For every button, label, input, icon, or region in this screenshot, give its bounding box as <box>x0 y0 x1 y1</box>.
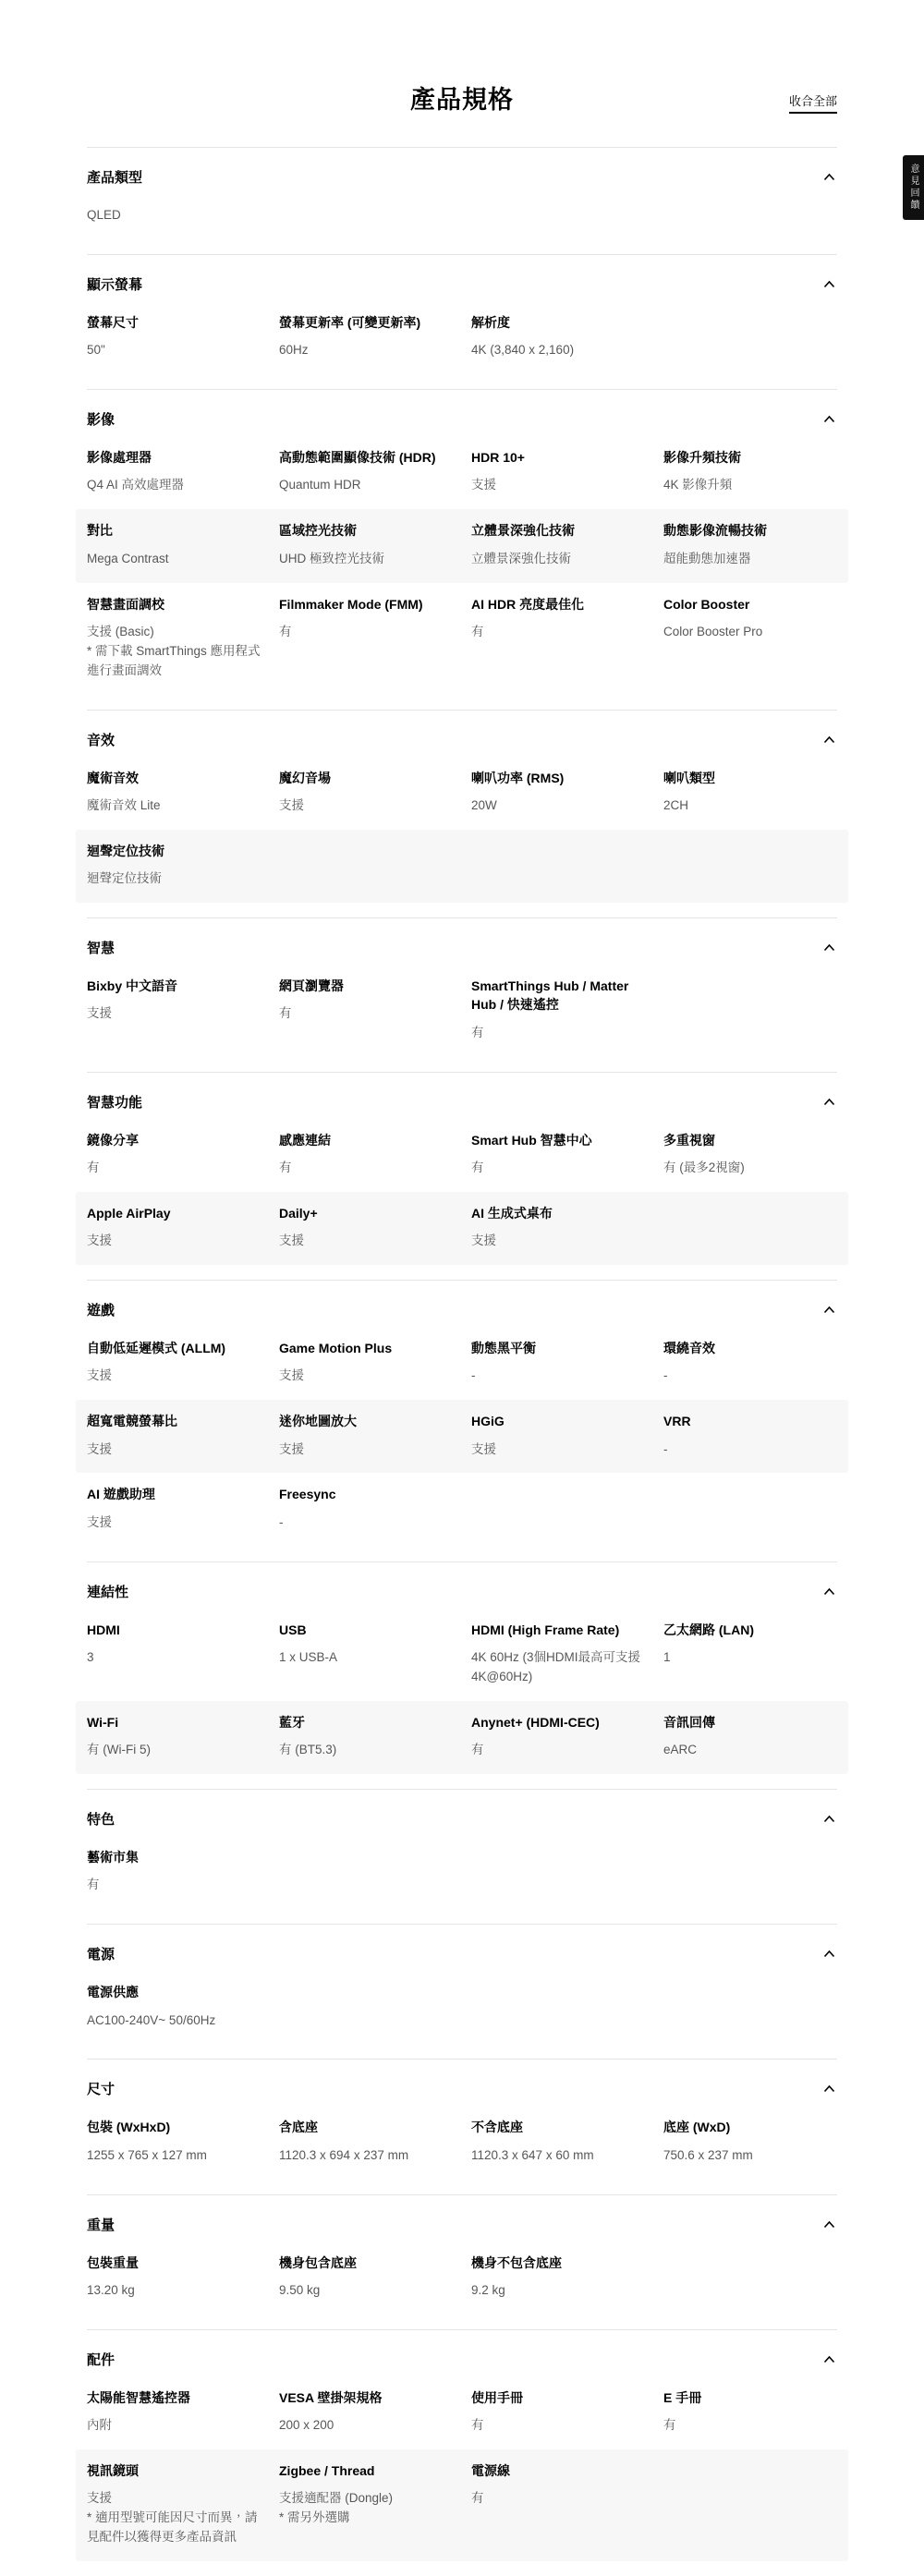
spec-value-line: 有 <box>471 2489 645 2509</box>
section-header[interactable]: 連結性 <box>87 1562 837 1609</box>
section-title: 特色 <box>87 1809 115 1829</box>
spec-value: 支援 <box>87 1440 261 1460</box>
spec-label: 迷你地圖放大 <box>279 1412 453 1430</box>
spec-value-line: 支援 <box>87 1440 261 1460</box>
chevron-up-icon[interactable] <box>821 411 837 427</box>
spec-value-line: - <box>279 1513 453 1533</box>
spec-cell: 不含底座1120.3 x 647 x 60 mm <box>471 2118 645 2165</box>
spec-value: 4K 影像升頻 <box>663 476 837 495</box>
spec-label: 音訊回傳 <box>663 1713 837 1732</box>
spec-value: 1120.3 x 694 x 237 mm <box>279 2146 453 2166</box>
section-title: 智慧 <box>87 938 115 957</box>
spec-row: 智慧畫面調校支援 (Basic)* 需下載 SmartThings 應用程式進行… <box>76 583 848 695</box>
spec-label: 自動低延遲模式 (ALLM) <box>87 1339 261 1357</box>
spec-row: 迴聲定位技術迴聲定位技術 <box>76 830 848 903</box>
spec-cell: HDMI3 <box>87 1621 261 1687</box>
section-rows: 電源供應AC100-240V~ 50/60Hz <box>87 1971 837 2044</box>
spec-value: 有 <box>87 1876 261 1895</box>
spec-value: 9.50 kg <box>279 2281 453 2301</box>
spec-section-2: 影像影像處理器Q4 AI 高效處理器高動態範圍顯像技術 (HDR)Quantum… <box>87 389 837 710</box>
spec-label: 魔幻音場 <box>279 769 453 787</box>
spec-value-line: 內附 <box>87 2416 261 2436</box>
spec-value-line: 4K (3,840 x 2,160) <box>471 341 645 360</box>
spec-label: 超寬電競螢幕比 <box>87 1412 261 1430</box>
chevron-up-icon[interactable] <box>821 1811 837 1827</box>
spec-cell: Color BoosterColor Booster Pro <box>663 595 837 681</box>
spec-value: 60Hz <box>279 341 453 360</box>
spec-row: Apple AirPlay支援Daily+支援AI 生成式桌布支援 <box>76 1192 848 1265</box>
spec-cell: Freesync- <box>279 1485 453 1532</box>
spec-value-line: eARC <box>663 1741 837 1760</box>
spec-label: 動態黑平衡 <box>471 1339 645 1357</box>
spec-value: 魔術音效 Lite <box>87 796 261 816</box>
spec-value-line: 立體景深強化技術 <box>471 550 645 569</box>
spec-value-line: 9.2 kg <box>471 2281 645 2301</box>
spec-cell: AI HDR 亮度最佳化有 <box>471 595 645 681</box>
spec-value: 有 (最多2視窗) <box>663 1159 837 1178</box>
spec-cell: 底座 (WxD)750.6 x 237 mm <box>663 2118 837 2165</box>
spec-label: Apple AirPlay <box>87 1204 261 1222</box>
section-header[interactable]: 顯示螢幕 <box>87 255 837 301</box>
spec-section-8: 特色藝術市集有 <box>87 1789 837 1924</box>
spec-row: 包裝 (WxHxD)1255 x 765 x 127 mm含底座1120.3 x… <box>76 2106 848 2179</box>
spec-value: 4K (3,840 x 2,160) <box>471 341 645 360</box>
spec-label: 喇叭功率 (RMS) <box>471 769 645 787</box>
spec-value-line: 支援 (Basic) <box>87 623 261 642</box>
spec-value-line: 1 <box>663 1648 837 1668</box>
spec-value: UHD 極致控光技術 <box>279 550 453 569</box>
spec-value: 支援 <box>471 476 645 495</box>
spec-value: 支援 (Basic)* 需下載 SmartThings 應用程式進行畫面調效 <box>87 623 261 681</box>
spec-label: HGiG <box>471 1412 645 1430</box>
section-header[interactable]: 遊戲 <box>87 1281 837 1327</box>
spec-value-line: 支援 <box>87 1004 261 1024</box>
spec-value: 9.2 kg <box>471 2281 645 2301</box>
spec-cell: 魔術音效魔術音效 Lite <box>87 769 261 816</box>
spec-value: - <box>279 1513 453 1533</box>
spec-value-line: AC100-240V~ 50/60Hz <box>87 2011 261 2031</box>
spec-section-1: 顯示螢幕螢幕尺寸50"螢幕更新率 (可變更新率)60Hz解析度4K (3,840… <box>87 254 837 389</box>
spec-row: 影像處理器Q4 AI 高效處理器高動態範圍顯像技術 (HDR)Quantum H… <box>76 436 848 509</box>
spec-value-line: - <box>663 1440 837 1460</box>
spec-value-line: 支援 <box>279 1232 453 1251</box>
spec-value-line: 支援 <box>87 1513 261 1533</box>
spec-cell: 螢幕尺寸50" <box>87 313 261 360</box>
spec-value: 有 <box>279 623 453 642</box>
spec-value-line: 魔術音效 Lite <box>87 796 261 816</box>
spec-row: 藝術市集有 <box>76 1836 848 1909</box>
spec-value-line: 4K 60Hz (3個HDMI最高可支援4K@60Hz) <box>471 1648 645 1687</box>
spec-value: 支援 <box>87 1232 261 1251</box>
spec-label: VESA 壁掛架規格 <box>279 2388 453 2407</box>
spec-value-line: 有 <box>279 623 453 642</box>
spec-value: 支援 <box>279 796 453 816</box>
spec-cell: 網頁瀏覽器有 <box>279 977 453 1043</box>
spec-value: 支援 <box>471 1440 645 1460</box>
spec-cell: 高動態範圍顯像技術 (HDR)Quantum HDR <box>279 448 453 495</box>
spec-value-line: * 需下載 SmartThings 應用程式進行畫面調效 <box>87 642 261 681</box>
section-header[interactable]: 智慧功能 <box>87 1073 837 1119</box>
chevron-up-icon[interactable] <box>821 732 837 747</box>
spec-label: 電源線 <box>471 2461 645 2480</box>
spec-cell: 電源線有 <box>471 2461 645 2547</box>
spec-value: QLED <box>87 206 261 225</box>
spec-label: 使用手冊 <box>471 2388 645 2407</box>
spec-section-7: 連結性HDMI3USB1 x USB-AHDMI (High Frame Rat… <box>87 1561 837 1789</box>
spec-value-line: 3 <box>87 1648 261 1668</box>
page-title: 產品規格 <box>87 79 837 115</box>
section-title: 音效 <box>87 730 115 749</box>
spec-cell: USB1 x USB-A <box>279 1621 453 1687</box>
spec-value-line: 200 x 200 <box>279 2416 453 2436</box>
spec-value-line: 有 <box>663 2416 837 2436</box>
spec-cell: 機身不包含底座9.2 kg <box>471 2254 645 2301</box>
section-header[interactable]: 影像 <box>87 390 837 436</box>
chevron-up-icon[interactable] <box>821 1946 837 1962</box>
section-title: 尺寸 <box>87 2079 115 2098</box>
spec-value: - <box>663 1440 837 1460</box>
spec-value: 20W <box>471 796 645 816</box>
spec-value: 有 <box>279 1004 453 1024</box>
spec-value: 1255 x 765 x 127 mm <box>87 2146 261 2166</box>
spec-cell: 藍牙有 (BT5.3) <box>279 1713 453 1760</box>
spec-section-9: 電源電源供應AC100-240V~ 50/60Hz <box>87 1924 837 2059</box>
spec-cell: HDR 10+支援 <box>471 448 645 495</box>
spec-label: 智慧畫面調校 <box>87 595 261 614</box>
spec-value-line: 有 <box>87 1159 261 1178</box>
section-rows: 包裝 (WxHxD)1255 x 765 x 127 mm含底座1120.3 x… <box>87 2106 837 2179</box>
spec-value: 支援 <box>87 1004 261 1024</box>
spec-value: 支援 <box>87 1513 261 1533</box>
spec-value: 1120.3 x 647 x 60 mm <box>471 2146 645 2166</box>
spec-row: 鏡像分享有感應連結有Smart Hub 智慧中心有多重視窗有 (最多2視窗) <box>76 1119 848 1192</box>
spec-value: 有 <box>471 623 645 642</box>
spec-value: Mega Contrast <box>87 550 261 569</box>
spec-label: E 手冊 <box>663 2388 837 2407</box>
spec-row: 電源供應AC100-240V~ 50/60Hz <box>76 1971 848 2044</box>
spec-value-line: 有 <box>471 1741 645 1760</box>
section-title: 遊戲 <box>87 1300 115 1319</box>
spec-cell: HDMI (High Frame Rate)4K 60Hz (3個HDMI最高可… <box>471 1621 645 1687</box>
spec-section-10: 尺寸包裝 (WxHxD)1255 x 765 x 127 mm含底座1120.3… <box>87 2059 837 2193</box>
spec-label: 藝術市集 <box>87 1848 261 1866</box>
feedback-tab[interactable]: 意見回饋 <box>903 155 924 220</box>
section-header[interactable]: 特色 <box>87 1790 837 1836</box>
spec-value: - <box>471 1367 645 1386</box>
spec-value: 有 <box>471 2416 645 2436</box>
spec-cell: 立體景深強化技術立體景深強化技術 <box>471 521 645 568</box>
spec-value-line: 有 (BT5.3) <box>279 1741 453 1760</box>
spec-label: Zigbee / Thread <box>279 2461 453 2480</box>
spec-cell: AI 生成式桌布支援 <box>471 1204 645 1251</box>
spec-value-line: 支援 <box>87 1232 261 1251</box>
chevron-up-icon[interactable] <box>821 169 837 185</box>
spec-cell: Filmmaker Mode (FMM)有 <box>279 595 453 681</box>
spec-label: 包裝 (WxHxD) <box>87 2118 261 2136</box>
spec-value: 有 <box>471 1024 645 1043</box>
section-title: 重量 <box>87 2215 115 2234</box>
spec-label: SmartThings Hub / Matter Hub / 快速遙控 <box>471 977 645 1015</box>
spec-cell: 喇叭功率 (RMS)20W <box>471 769 645 816</box>
spec-label: 不含底座 <box>471 2118 645 2136</box>
spec-value-line: 有 (Wi-Fi 5) <box>87 1741 261 1760</box>
spec-label: 高動態範圍顯像技術 (HDR) <box>279 448 453 467</box>
spec-value-line: 支援適配器 (Dongle) <box>279 2489 453 2509</box>
spec-section-11: 重量包裝重量13.20 kg機身包含底座9.50 kg機身不包含底座9.2 kg <box>87 2194 837 2329</box>
spec-label: Smart Hub 智慧中心 <box>471 1131 645 1149</box>
spec-cell: 多重視窗有 (最多2視窗) <box>663 1131 837 1178</box>
spec-label: 區域控光技術 <box>279 521 453 540</box>
section-rows: Bixby 中文語音支援網頁瀏覽器有SmartThings Hub / Matt… <box>87 965 837 1057</box>
spec-row: Bixby 中文語音支援網頁瀏覽器有SmartThings Hub / Matt… <box>76 965 848 1057</box>
spec-value-line: 有 <box>279 1004 453 1024</box>
section-header[interactable]: 重量 <box>87 2195 837 2242</box>
spec-cell: 使用手冊有 <box>471 2388 645 2436</box>
spec-label: 機身不包含底座 <box>471 2254 645 2272</box>
spec-label: 解析度 <box>471 313 645 332</box>
spec-value-line: 支援 <box>279 1367 453 1386</box>
spec-value-line: 迴聲定位技術 <box>87 869 261 889</box>
spec-value: 4K 60Hz (3個HDMI最高可支援4K@60Hz) <box>471 1648 645 1687</box>
spec-cell: 乙太網路 (LAN)1 <box>663 1621 837 1687</box>
section-rows: 包裝重量13.20 kg機身包含底座9.50 kg機身不包含底座9.2 kg <box>87 2242 837 2315</box>
spec-value-line: Q4 AI 高效處理器 <box>87 476 261 495</box>
spec-cell: 喇叭類型2CH <box>663 769 837 816</box>
spec-cell: Bixby 中文語音支援 <box>87 977 261 1043</box>
spec-value-line: 支援 <box>471 476 645 495</box>
spec-label: 動態影像流暢技術 <box>663 521 837 540</box>
spec-section-5: 智慧功能鏡像分享有感應連結有Smart Hub 智慧中心有多重視窗有 (最多2視… <box>87 1072 837 1280</box>
spec-value: 750.6 x 237 mm <box>663 2146 837 2166</box>
spec-cell: 含底座1120.3 x 694 x 237 mm <box>279 2118 453 2165</box>
spec-value-line: 超能動態加速器 <box>663 550 837 569</box>
spec-value-line: 4K 影像升頻 <box>663 476 837 495</box>
section-title: 影像 <box>87 409 115 429</box>
spec-value-line: 20W <box>471 796 645 816</box>
spec-value: - <box>663 1367 837 1386</box>
section-rows: HDMI3USB1 x USB-AHDMI (High Frame Rate)4… <box>87 1609 837 1774</box>
spec-cell: Daily+支援 <box>279 1204 453 1251</box>
spec-value-line: 1 x USB-A <box>279 1648 453 1668</box>
spec-label: HDR 10+ <box>471 448 645 467</box>
spec-label: HDMI <box>87 1621 261 1639</box>
spec-label: Wi-Fi <box>87 1713 261 1732</box>
spec-label: 感應連結 <box>279 1131 453 1149</box>
spec-value-line: 有 <box>87 1876 261 1895</box>
section-header[interactable]: 智慧 <box>87 918 837 965</box>
spec-cell: 動態黑平衡- <box>471 1339 645 1386</box>
spec-value-line: 有 <box>471 1024 645 1043</box>
spec-value-line: 9.50 kg <box>279 2281 453 2301</box>
spec-label: 太陽能智慧遙控器 <box>87 2388 261 2407</box>
spec-label: AI HDR 亮度最佳化 <box>471 595 645 614</box>
spec-label: Color Booster <box>663 595 837 614</box>
spec-value: 50" <box>87 341 261 360</box>
spec-label: Daily+ <box>279 1204 453 1222</box>
spec-value: 1 <box>663 1648 837 1668</box>
section-header[interactable]: 產品類型 <box>87 148 837 194</box>
spec-value: 支援適配器 (Dongle)* 需另外選購 <box>279 2489 453 2528</box>
chevron-up-icon[interactable] <box>821 1302 837 1318</box>
spec-label: 包裝重量 <box>87 2254 261 2272</box>
spec-cell: 視訊鏡頭支援* 適用型號可能因尺寸而異，請見配件以獲得更多產品資訊 <box>87 2461 261 2547</box>
section-rows: 影像處理器Q4 AI 高效處理器高動態範圍顯像技術 (HDR)Quantum H… <box>87 436 837 695</box>
spec-value: Quantum HDR <box>279 476 453 495</box>
spec-value-line: UHD 極致控光技術 <box>279 550 453 569</box>
spec-cell: Apple AirPlay支援 <box>87 1204 261 1251</box>
spec-label: 機身包含底座 <box>279 2254 453 2272</box>
spec-cell: 影像處理器Q4 AI 高效處理器 <box>87 448 261 495</box>
spec-cell: VRR- <box>663 1412 837 1459</box>
spec-value: 有 <box>471 1159 645 1178</box>
spec-value: 支援 <box>87 1367 261 1386</box>
spec-label: USB <box>279 1621 453 1639</box>
chevron-up-icon[interactable] <box>821 2351 837 2367</box>
spec-value-line: 有 (最多2視窗) <box>663 1159 837 1178</box>
spec-label: 喇叭類型 <box>663 769 837 787</box>
spec-row: 太陽能智慧遙控器內附VESA 壁掛架規格200 x 200使用手冊有E 手冊有 <box>76 2376 848 2449</box>
spec-value-line: Color Booster Pro <box>663 623 837 642</box>
spec-row: AI 遊戲助理支援Freesync- <box>76 1473 848 1546</box>
spec-row: 對比Mega Contrast區域控光技術UHD 極致控光技術立體景深強化技術立… <box>76 509 848 582</box>
spec-cell: 藝術市集有 <box>87 1848 261 1895</box>
spec-value: 立體景深強化技術 <box>471 550 645 569</box>
spec-section-6: 遊戲自動低延遲模式 (ALLM)支援Game Motion Plus支援動態黑平… <box>87 1280 837 1561</box>
spec-label: Freesync <box>279 1485 453 1503</box>
spec-row: 包裝重量13.20 kg機身包含底座9.50 kg機身不包含底座9.2 kg <box>76 2242 848 2315</box>
spec-cell: 包裝 (WxHxD)1255 x 765 x 127 mm <box>87 2118 261 2165</box>
spec-row: 自動低延遲模式 (ALLM)支援Game Motion Plus支援動態黑平衡-… <box>76 1327 848 1400</box>
chevron-up-icon[interactable] <box>821 1094 837 1110</box>
spec-cell: E 手冊有 <box>663 2388 837 2436</box>
spec-cell: 魔幻音場支援 <box>279 769 453 816</box>
spec-value-line: 750.6 x 237 mm <box>663 2146 837 2166</box>
section-title: 顯示螢幕 <box>87 274 142 294</box>
spec-cell: 電源供應AC100-240V~ 50/60Hz <box>87 1983 261 2030</box>
spec-value-line: 2CH <box>663 796 837 816</box>
spec-value: 內附 <box>87 2416 261 2436</box>
section-header[interactable]: 配件 <box>87 2330 837 2376</box>
spec-cell: 迴聲定位技術迴聲定位技術 <box>87 842 261 889</box>
spec-value-line: 1120.3 x 694 x 237 mm <box>279 2146 453 2166</box>
spec-value: 3 <box>87 1648 261 1668</box>
spec-cell: Smart Hub 智慧中心有 <box>471 1131 645 1178</box>
spec-cell: VESA 壁掛架規格200 x 200 <box>279 2388 453 2436</box>
spec-row: QLED <box>76 194 848 239</box>
spec-label: 多重視窗 <box>663 1131 837 1149</box>
spec-label: 視訊鏡頭 <box>87 2461 261 2480</box>
spec-label: 含底座 <box>279 2118 453 2136</box>
spec-value-line: 支援 <box>279 1440 453 1460</box>
spec-cell: 區域控光技術UHD 極致控光技術 <box>279 521 453 568</box>
section-title: 連結性 <box>87 1582 128 1601</box>
section-header[interactable]: 音效 <box>87 711 837 757</box>
spec-label: AI 生成式桌布 <box>471 1204 645 1222</box>
section-rows: 太陽能智慧遙控器內附VESA 壁掛架規格200 x 200使用手冊有E 手冊有視… <box>87 2376 837 2561</box>
spec-label: 鏡像分享 <box>87 1131 261 1149</box>
section-title: 電源 <box>87 1944 115 1963</box>
spec-cell: Wi-Fi有 (Wi-Fi 5) <box>87 1713 261 1760</box>
section-title: 智慧功能 <box>87 1092 142 1112</box>
spec-value-line: 50" <box>87 341 261 360</box>
spec-value: 支援 <box>279 1232 453 1251</box>
chevron-up-icon[interactable] <box>821 2217 837 2232</box>
spec-section-0: 產品類型QLED <box>87 147 837 254</box>
spec-label: Filmmaker Mode (FMM) <box>279 595 453 614</box>
spec-value-line: 支援 <box>87 1367 261 1386</box>
spec-value-line: 支援 <box>87 2489 261 2509</box>
spec-cell: 超寬電競螢幕比支援 <box>87 1412 261 1459</box>
spec-cell: 音訊回傳eARC <box>663 1713 837 1760</box>
spec-value-line: - <box>471 1367 645 1386</box>
spec-value: 1 x USB-A <box>279 1648 453 1668</box>
chevron-up-icon[interactable] <box>821 2081 837 2096</box>
spec-label: 魔術音效 <box>87 769 261 787</box>
spec-label: Anynet+ (HDMI-CEC) <box>471 1713 645 1732</box>
spec-cell: 太陽能智慧遙控器內附 <box>87 2388 261 2436</box>
spec-label: 網頁瀏覽器 <box>279 977 453 995</box>
spec-row: HDMI3USB1 x USB-AHDMI (High Frame Rate)4… <box>76 1609 848 1701</box>
spec-sections: 產品類型QLED顯示螢幕螢幕尺寸50"螢幕更新率 (可變更新率)60Hz解析度4… <box>87 147 837 2576</box>
chevron-up-icon[interactable] <box>821 940 837 955</box>
section-header[interactable]: 尺寸 <box>87 2060 837 2106</box>
spec-label: 底座 (WxD) <box>663 2118 837 2136</box>
spec-row: 超寬電競螢幕比支援迷你地圖放大支援HGiG支援VRR- <box>76 1400 848 1473</box>
spec-value-line: 有 <box>471 623 645 642</box>
spec-value: 有 <box>279 1159 453 1178</box>
spec-value: 支援* 適用型號可能因尺寸而異，請見配件以獲得更多產品資訊 <box>87 2489 261 2547</box>
spec-value-line: 有 <box>471 1159 645 1178</box>
spec-value: 支援 <box>279 1440 453 1460</box>
spec-value: 有 (BT5.3) <box>279 1741 453 1760</box>
spec-cell: 包裝重量13.20 kg <box>87 2254 261 2301</box>
spec-label: 影像處理器 <box>87 448 261 467</box>
spec-section-3: 音效魔術音效魔術音效 Lite魔幻音場支援喇叭功率 (RMS)20W喇叭類型2C… <box>87 710 837 917</box>
spec-value: 支援 <box>471 1232 645 1251</box>
spec-cell: 螢幕更新率 (可變更新率)60Hz <box>279 313 453 360</box>
spec-value: 支援 <box>279 1367 453 1386</box>
spec-value-line: 支援 <box>471 1440 645 1460</box>
spec-cell: 對比Mega Contrast <box>87 521 261 568</box>
spec-value: 13.20 kg <box>87 2281 261 2301</box>
spec-label: 螢幕更新率 (可變更新率) <box>279 313 453 332</box>
spec-cell: 環繞音效- <box>663 1339 837 1386</box>
spec-value: 2CH <box>663 796 837 816</box>
chevron-up-icon[interactable] <box>821 276 837 292</box>
section-title: 產品類型 <box>87 167 142 187</box>
spec-value-line: 有 <box>471 2416 645 2436</box>
spec-label: AI 遊戲助理 <box>87 1485 261 1503</box>
spec-label: 迴聲定位技術 <box>87 842 261 860</box>
spec-label: Bixby 中文語音 <box>87 977 261 995</box>
collapse-all-link[interactable]: 收合全部 <box>789 91 837 114</box>
spec-value: AC100-240V~ 50/60Hz <box>87 2011 261 2031</box>
spec-label: 螢幕尺寸 <box>87 313 261 332</box>
spec-label: 環繞音效 <box>663 1339 837 1357</box>
spec-value-line: QLED <box>87 206 261 225</box>
section-header[interactable]: 電源 <box>87 1925 837 1971</box>
spec-label: 對比 <box>87 521 261 540</box>
spec-value-line: Mega Contrast <box>87 550 261 569</box>
spec-row: 螢幕尺寸50"螢幕更新率 (可變更新率)60Hz解析度4K (3,840 x 2… <box>76 301 848 374</box>
spec-cell: AI 遊戲助理支援 <box>87 1485 261 1532</box>
spec-cell: 影像升頻技術4K 影像升頻 <box>663 448 837 495</box>
spec-label: 影像升頻技術 <box>663 448 837 467</box>
spec-row: Wi-Fi有 (Wi-Fi 5)藍牙有 (BT5.3)Anynet+ (HDMI… <box>76 1701 848 1774</box>
spec-cell: 感應連結有 <box>279 1131 453 1178</box>
chevron-up-icon[interactable] <box>821 1584 837 1599</box>
spec-cell: 迷你地圖放大支援 <box>279 1412 453 1459</box>
